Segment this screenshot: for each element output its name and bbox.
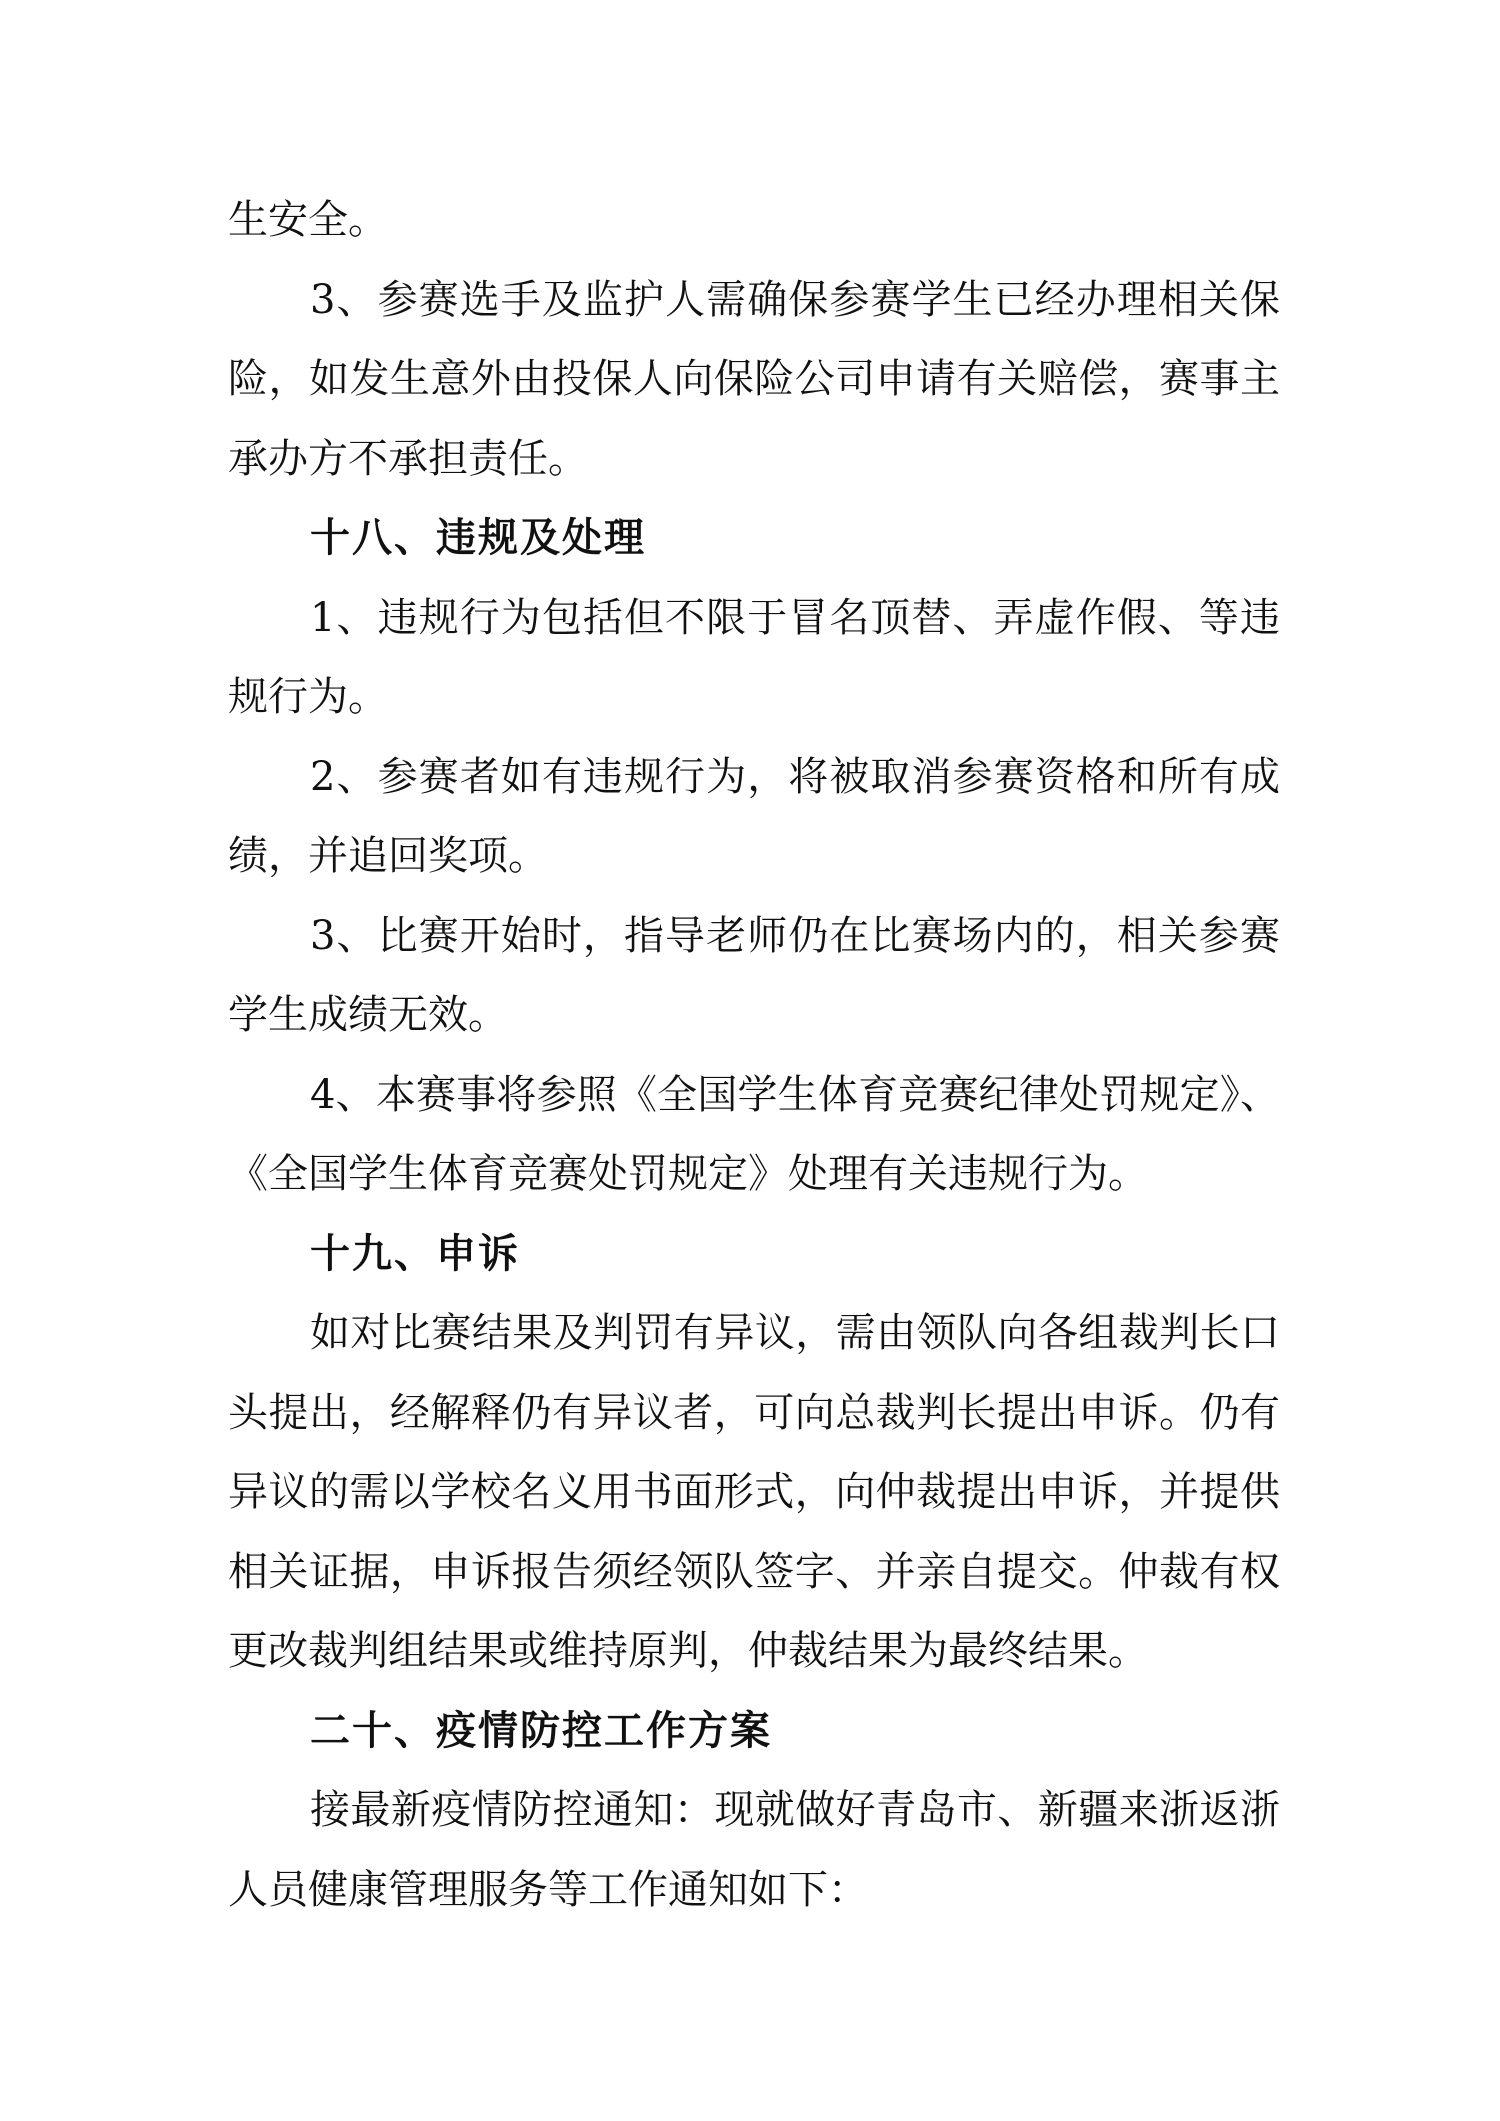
epidemic-paragraph-line-1: 接最新疫情防控通知：现就做好青岛市、新疆来浙返浙 <box>228 1771 1280 1851</box>
appeal-paragraph-line-5: 更改裁判组结果或维持原判，仲裁结果为最终结果。 <box>228 1612 1280 1692</box>
item-3-insurance-line-2: 险，如发生意外由投保人向保险公司申请有关赔偿，赛事主 <box>228 340 1280 420</box>
section-heading-20: 二十、疫情防控工作方案 <box>228 1692 1280 1772</box>
section-heading-19: 十九、申诉 <box>228 1215 1280 1295</box>
appeal-paragraph-line-3: 异议的需以学校名义用书面形式，向仲裁提出申诉，并提供 <box>228 1453 1280 1533</box>
section-heading-18: 十八、违规及处理 <box>228 499 1280 579</box>
violation-item-4-line-2: 《全国学生体育竞赛处罚规定》处理有关违规行为。 <box>228 1135 1280 1215</box>
epidemic-paragraph-line-2: 人员健康管理服务等工作通知如下： <box>228 1851 1280 1931</box>
violation-item-2-line-1: 2、参赛者如有违规行为，将被取消参赛资格和所有成 <box>228 738 1280 818</box>
paragraph-continuation: 生安全。 <box>228 181 1280 261</box>
appeal-paragraph-line-4: 相关证据，申诉报告须经领队签字、并亲自提交。仲裁有权 <box>228 1533 1280 1613</box>
appeal-paragraph-line-2: 头提出，经解释仍有异议者，可向总裁判长提出申诉。仍有 <box>228 1374 1280 1454</box>
violation-item-1-line-1: 1、违规行为包括但不限于冒名顶替、弄虚作假、等违 <box>228 579 1280 659</box>
violation-item-3-line-1: 3、比赛开始时，指导老师仍在比赛场内的，相关参赛 <box>228 897 1280 977</box>
violation-item-1-line-2: 规行为。 <box>228 658 1280 738</box>
violation-item-3-line-2: 学生成绩无效。 <box>228 976 1280 1056</box>
appeal-paragraph-line-1: 如对比赛结果及判罚有异议，需由领队向各组裁判长口 <box>228 1294 1280 1374</box>
violation-item-4-line-1: 4、本赛事将参照《全国学生体育竞赛纪律处罚规定》、 <box>228 1056 1280 1136</box>
document-page: 生安全。 3、参赛选手及监护人需确保参赛学生已经办理相关保 险，如发生意外由投保… <box>228 181 1280 1930</box>
violation-item-2-line-2: 绩，并追回奖项。 <box>228 817 1280 897</box>
item-3-insurance-line-3: 承办方不承担责任。 <box>228 420 1280 500</box>
item-3-insurance-line-1: 3、参赛选手及监护人需确保参赛学生已经办理相关保 <box>228 261 1280 341</box>
